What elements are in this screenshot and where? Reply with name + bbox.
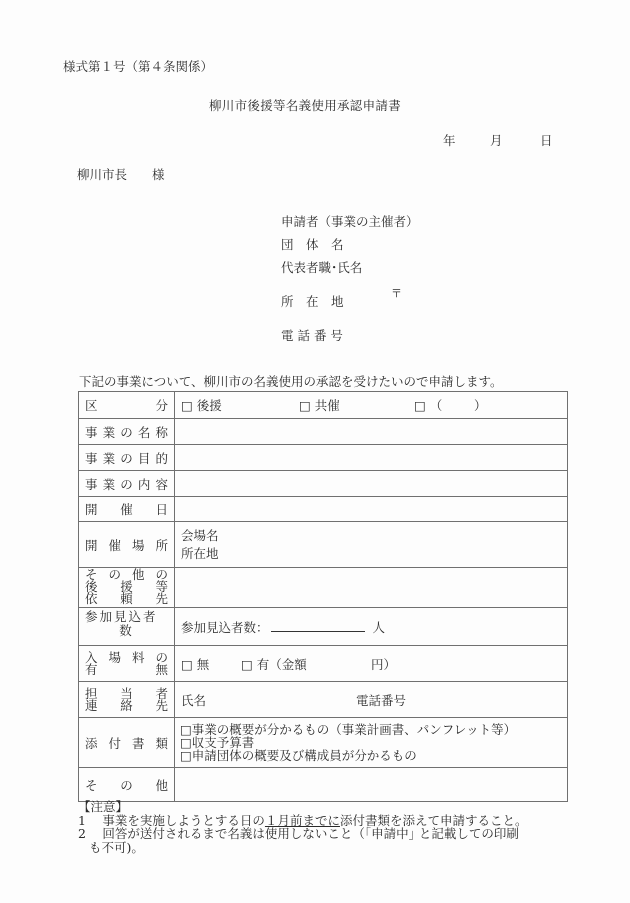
row-admission: 入場料の 有無 □ 無□ 有（金額円）	[79, 646, 568, 682]
label-char: 業	[103, 475, 116, 493]
venue-address-label: 所在地	[181, 545, 561, 563]
attachment-checkbox-org-profile[interactable]: □申請団体の概要及び構成員が分かるもの	[180, 749, 561, 762]
row-event-purpose: 事業の目的	[79, 445, 568, 471]
label-char: 先	[155, 593, 168, 605]
label-char: 先	[155, 700, 168, 712]
address-label: 所 在 地	[281, 292, 344, 310]
label-char: 他	[132, 569, 145, 581]
label-char: 催	[108, 536, 121, 554]
event-content-field[interactable]	[175, 471, 568, 497]
row-other-sponsors: その他の 後援等 依頼先	[79, 568, 568, 608]
phone-label: 電 話 番 号	[281, 326, 343, 344]
option-other-close: ）	[474, 396, 487, 414]
label-char: 催	[120, 500, 133, 518]
intro-text: 下記の事業について、柳川市の名義使用の承認を受けたいので申請します。	[79, 372, 503, 390]
contact-field[interactable]: 氏名電話番号	[175, 682, 568, 718]
note-2-continued: も不可)。	[78, 841, 527, 855]
label-char: 開	[85, 536, 98, 554]
label-char: 目	[138, 449, 151, 467]
label-char: そ	[85, 776, 98, 794]
row-category: 区分 □ 後援□ 共催□ （）	[79, 392, 568, 419]
applicant-heading: 申請者（事業の主催者）	[281, 212, 419, 230]
label-char: 事	[85, 449, 98, 467]
row-attendance: 参加見込者 数 参加見込者数：人	[79, 608, 568, 646]
label-char: 日	[155, 500, 168, 518]
contact-name-label: 氏名	[181, 691, 356, 709]
attendance-prefix: 参加見込者数：	[181, 620, 269, 635]
row-other: その他	[79, 768, 568, 802]
label-char: の	[120, 423, 133, 441]
attendance-unit: 人	[373, 620, 386, 635]
row-contact: 担当者 連絡先 氏名電話番号	[79, 682, 568, 718]
label-char: 事	[85, 423, 98, 441]
label-char: 業	[103, 449, 116, 467]
label-char: 有	[85, 664, 98, 676]
row-attachments: 添付書類 □事業の概要が分かるもの（事業計画書、パンフレット等） □収支予算書 …	[79, 718, 568, 768]
other-sponsors-field[interactable]	[175, 568, 568, 608]
label-char: 内	[138, 475, 151, 493]
attachments-field: □事業の概要が分かるもの（事業計画書、パンフレット等） □収支予算書 □申請団体…	[175, 718, 568, 768]
admission-yes-checkbox[interactable]: □ 有（金額	[241, 655, 371, 673]
option-other[interactable]: □ （	[414, 396, 474, 414]
row-event-date: 開催日	[79, 497, 568, 522]
admission-field: □ 無□ 有（金額円）	[175, 646, 568, 682]
label-char: の	[120, 449, 133, 467]
label-char: の	[120, 776, 133, 794]
label-char: 場	[108, 652, 121, 664]
note-1: 1 事業を実施しようとする日の１月前までに添付書類を添えて申請すること。	[78, 814, 527, 828]
label-char: 絡	[120, 700, 133, 712]
label-char: 分	[155, 396, 168, 414]
label-char: 区	[85, 396, 98, 414]
document-title: 柳川市後援等名義使用承認申請書	[209, 96, 401, 114]
label-char: 付	[108, 734, 121, 752]
label-char: 料	[132, 652, 145, 664]
label-char: の	[120, 475, 133, 493]
event-date-field[interactable]	[175, 497, 568, 522]
option-support[interactable]: □ 後援	[181, 396, 299, 414]
contact-phone-label: 電話番号	[356, 693, 406, 708]
label-char: 場	[132, 536, 145, 554]
date-year-label: 年	[443, 131, 456, 149]
notes-heading: 【注意】	[78, 800, 527, 814]
label-char: 他	[155, 776, 168, 794]
admission-none-checkbox[interactable]: □ 無	[181, 655, 241, 673]
row-event-name: 事業の名称	[79, 419, 568, 445]
label-char: 称	[155, 423, 168, 441]
application-table: 区分 □ 後援□ 共催□ （） 事業の名称 事業の目的 事業の内容 開催日 開催…	[78, 391, 568, 802]
label-char: 頼	[120, 593, 133, 605]
label-char: 名	[138, 423, 151, 441]
label-char: 所	[155, 536, 168, 554]
venue-field[interactable]: 会場名 所在地	[175, 522, 568, 568]
attendance-label-line1: 参加見込者	[85, 610, 168, 624]
label-char: 容	[155, 475, 168, 493]
label-char: 的	[155, 449, 168, 467]
event-purpose-field[interactable]	[175, 445, 568, 471]
other-field[interactable]	[175, 768, 568, 802]
note-2: 2 回答が送付されるまで名義は使用しないこと（｢申請中｣ と記載しての印刷	[78, 827, 527, 841]
row-venue: 開催場所 会場名 所在地	[79, 522, 568, 568]
label-char: 連	[85, 700, 98, 712]
date-day-label: 日	[540, 131, 553, 149]
attendance-count-input[interactable]	[271, 619, 365, 632]
label-char: 書	[132, 734, 145, 752]
label-char: 事	[85, 475, 98, 493]
label-char: 添	[85, 734, 98, 752]
addressee: 柳川市長 様	[77, 165, 165, 183]
admission-yen-label: 円）	[371, 657, 396, 672]
attendance-label-line2: 数	[85, 624, 168, 638]
postal-mark: 〒	[391, 285, 402, 301]
label-char: 開	[85, 500, 98, 518]
event-name-field[interactable]	[175, 419, 568, 445]
label-char: 業	[103, 423, 116, 441]
venue-name-label: 会場名	[181, 527, 561, 545]
date-month-label: 月	[490, 131, 503, 149]
label-char: 依	[85, 593, 98, 605]
option-co-host[interactable]: □ 共催	[299, 396, 414, 414]
org-name-label: 団 体 名	[281, 235, 344, 253]
representative-label: 代表者職･氏名	[281, 258, 362, 276]
row-event-content: 事業の内容	[79, 471, 568, 497]
label-char: 無	[155, 664, 168, 676]
attendance-field: 参加見込者数：人	[175, 608, 568, 646]
label-char: の	[108, 569, 121, 581]
label-char: 類	[155, 734, 168, 752]
form-number: 様式第１号（第４条関係）	[63, 57, 213, 75]
notes-section: 【注意】 1 事業を実施しようとする日の１月前までに添付書類を添えて申請すること…	[78, 800, 527, 854]
